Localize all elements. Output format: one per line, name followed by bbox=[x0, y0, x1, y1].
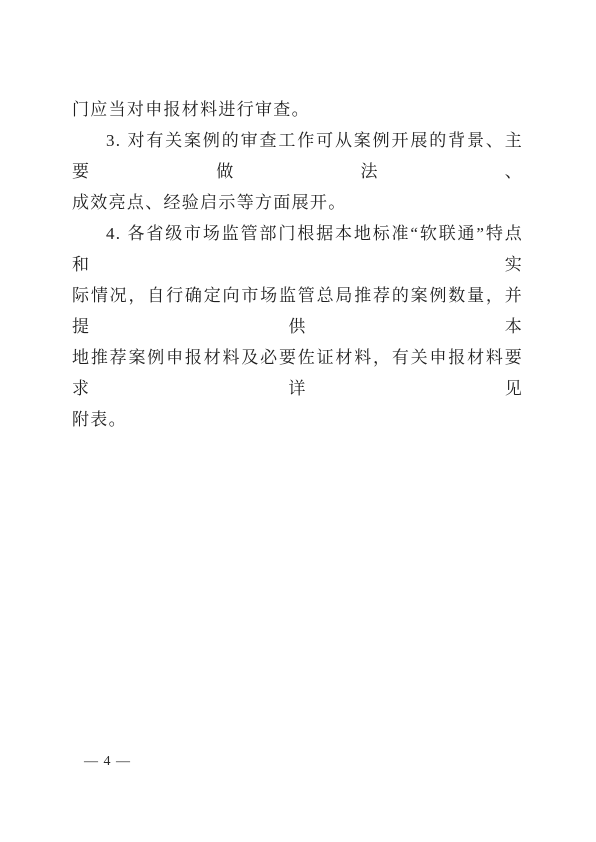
paragraph-line-2: 3. 对有关案例的审查工作可从案例开展的背景、主要做法、 bbox=[72, 125, 523, 187]
page-number: — 4 — bbox=[84, 752, 131, 772]
paragraph-line-6: 地推荐案例申报材料及必要佐证材料，有关申报材料要求详见 bbox=[72, 342, 523, 404]
paragraph-line-4: 4. 各省级市场监管部门根据本地标准“软联通”特点和实 bbox=[72, 218, 523, 280]
body-text: 门应当对申报材料进行审查。 3. 对有关案例的审查工作可从案例开展的背景、主要做… bbox=[72, 94, 523, 435]
paragraph-line-7: 附表。 bbox=[72, 404, 523, 435]
paragraph-line-1: 门应当对申报材料进行审查。 bbox=[72, 94, 523, 125]
paragraph-line-5: 际情况，自行确定向市场监管总局推荐的案例数量，并提供本 bbox=[72, 280, 523, 342]
paragraph-line-3: 成效亮点、经验启示等方面展开。 bbox=[72, 187, 523, 218]
document-page: 门应当对申报材料进行审查。 3. 对有关案例的审查工作可从案例开展的背景、主要做… bbox=[0, 0, 596, 842]
